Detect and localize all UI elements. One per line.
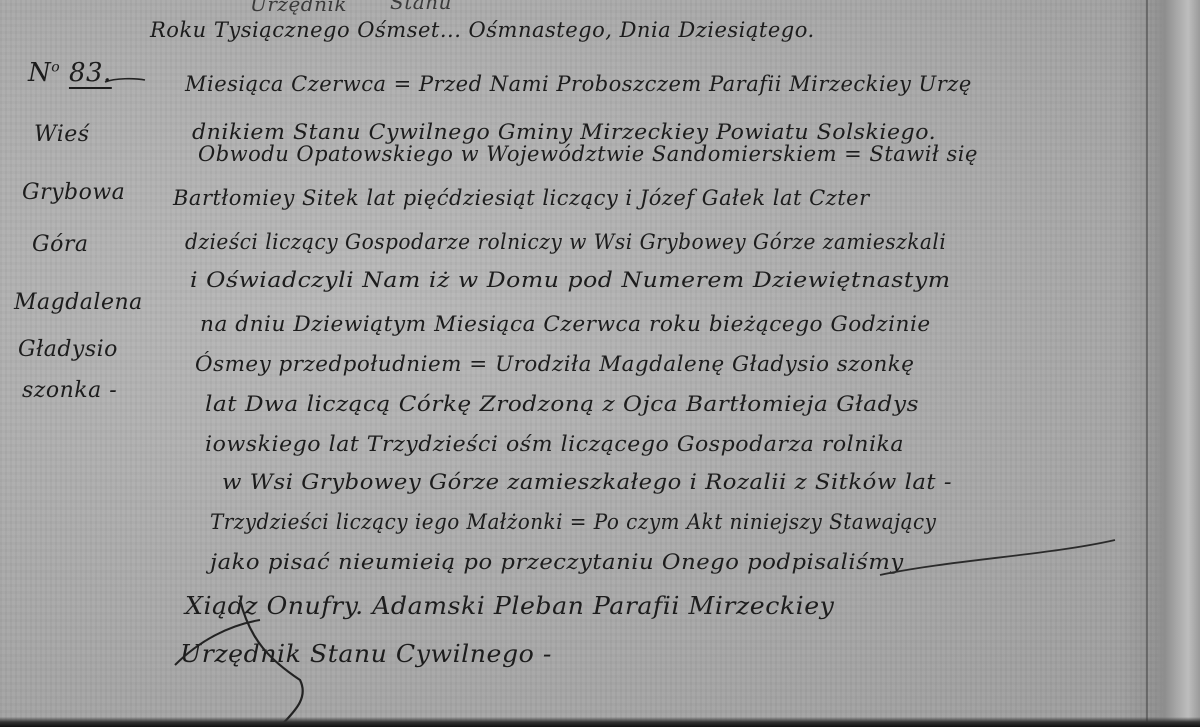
scanned-register-page: Urzędnik Stanu No 83. Wieś Grybowa Góra … [0, 0, 1200, 727]
scan-bottom-edge [0, 717, 1200, 727]
ink-flourishes [0, 0, 1200, 727]
